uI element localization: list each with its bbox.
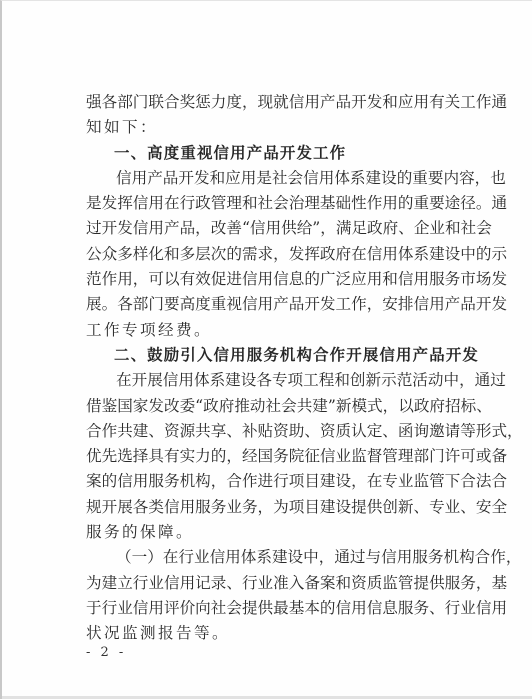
body-line: 借鉴国家发改委“政府推动社会共建”新模式，以政府招标、	[86, 394, 448, 419]
body-line: 工作专项经费。	[86, 318, 448, 343]
body-line: 案的信用服务机构，合作进行项目建设，在专业监管下合法合	[86, 469, 448, 494]
section-heading-2: 二、鼓励引入信用服务机构合作开展信用产品开发	[86, 343, 448, 368]
document-body: 强各部门联合奖惩力度，现就信用产品开发和应用有关工作通 知如下： 一、高度重视信…	[86, 90, 448, 647]
section-heading-1: 一、高度重视信用产品开发工作	[86, 141, 448, 166]
body-line: 范作用，可以有效促进信用信息的广泛应用和信用服务市场发	[86, 267, 448, 292]
body-line: 是发挥信用在行政管理和社会治理基础性作用的重要途径。通	[86, 191, 448, 216]
body-line: 信用产品开发和应用是社会信用体系建设的重要内容，也	[86, 166, 448, 191]
body-line: 于行业信用评价向社会提供最基本的信用信息服务、行业信用	[86, 596, 448, 621]
body-line: 状况监测报告等。	[86, 621, 448, 646]
page-number: - 2 -	[86, 645, 126, 660]
body-line: 知如下：	[86, 115, 448, 140]
document-page: 强各部门联合奖惩力度，现就信用产品开发和应用有关工作通 知如下： 一、高度重视信…	[0, 0, 532, 699]
body-line: 公众多样化和多层次的需求，发挥政府在信用体系建设中的示	[86, 242, 448, 267]
body-line: 过开发信用产品，改善“信用供给”，满足政府、企业和社会	[86, 216, 448, 241]
body-line: 服务的保障。	[86, 520, 448, 545]
sub-item-line: （一）在行业信用体系建设中，通过与信用服务机构合作，	[86, 545, 448, 570]
body-line: 为建立行业信用记录、行业准入备案和资质监管提供服务，基	[86, 571, 448, 596]
body-line: 优先选择具有实力的，经国务院征信业监督管理部门许可或备	[86, 444, 448, 469]
body-line: 合作共建、资源共享、补贴资助、资质认定、函询邀请等形式，	[86, 419, 448, 444]
body-line: 强各部门联合奖惩力度，现就信用产品开发和应用有关工作通	[86, 90, 448, 115]
body-line: 展。各部门要高度重视信用产品开发工作，安排信用产品开发	[86, 292, 448, 317]
body-line: 规开展各类信用服务业务，为项目建设提供创新、专业、安全	[86, 495, 448, 520]
body-line: 在开展信用体系建设各专项工程和创新示范活动中，通过	[86, 368, 448, 393]
